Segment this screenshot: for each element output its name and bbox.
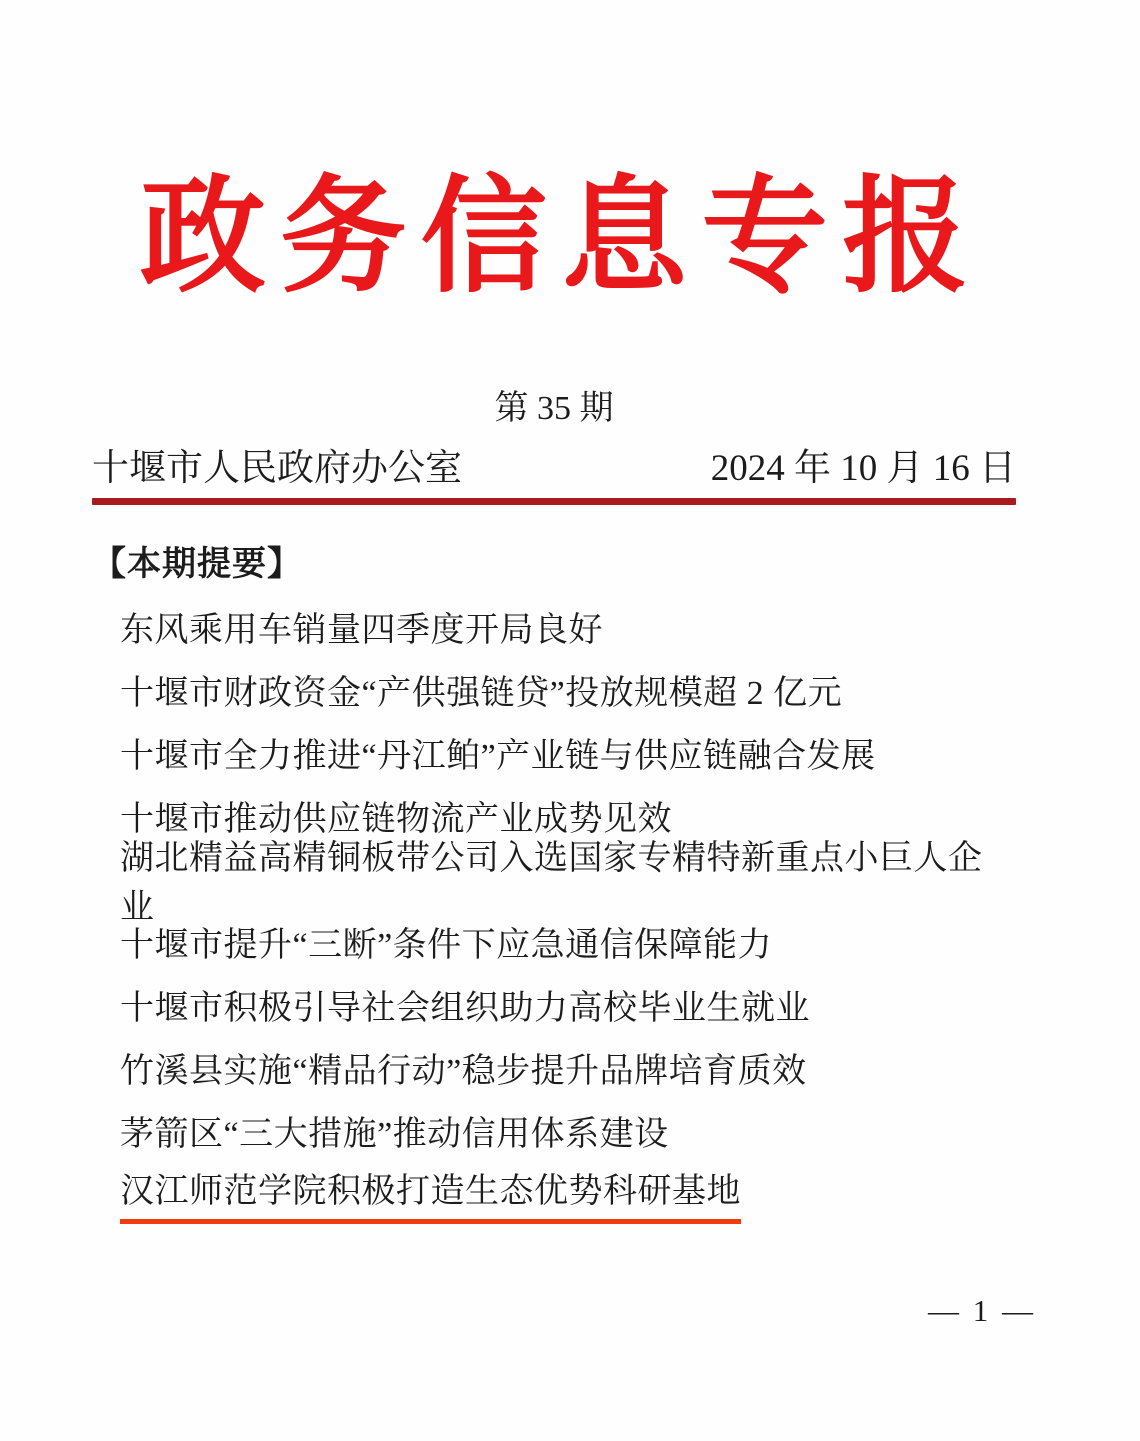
issue-number: 第 35 期 — [92, 389, 1016, 430]
summary-item: 湖北精益高精铜板带公司入选国家专精特新重点小巨人企业 — [120, 847, 1016, 910]
summary-item-text: 茅箭区“三大措施”推动信用体系建设 — [120, 1106, 669, 1155]
summary-item: 东风乘用车销量四季度开局良好 — [120, 595, 1016, 658]
summary-item-text: 汉江师范学院积极打造生态优势科研基地 — [120, 1163, 741, 1224]
summary-item: 十堰市财政资金“产供强链贷”投放规模超 2 亿元 — [120, 658, 1016, 721]
page-number: — 1 — — [928, 1293, 1036, 1329]
summary-item-text: 竹溪县实施“精品行动”稳步提升品牌培育质效 — [120, 1043, 807, 1092]
summary-item: 十堰市积极引导社会组织助力高校毕业生就业 — [120, 973, 1016, 1036]
summary-item: 竹溪县实施“精品行动”稳步提升品牌培育质效 — [120, 1036, 1016, 1099]
masthead: 十堰市人民政府办公室 2024 年 10 月 16 日 — [92, 447, 1016, 491]
summary-item-text: 十堰市积极引导社会组织助力高校毕业生就业 — [120, 980, 810, 1029]
summary-item-text: 十堰市全力推进“丹江鲌”产业链与供应链融合发展 — [120, 728, 876, 777]
summary-item: 茅箭区“三大措施”推动信用体系建设 — [120, 1099, 1016, 1162]
summary-header: 【本期提要】 — [92, 536, 1016, 585]
document-content: 政务信息专报 第 35 期 十堰市人民政府办公室 2024 年 10 月 16 … — [0, 158, 1140, 1225]
issuing-office: 十堰市人民政府办公室 — [92, 447, 462, 491]
summary-list: 东风乘用车销量四季度开局良好十堰市财政资金“产供强链贷”投放规模超 2 亿元十堰… — [92, 595, 1016, 1225]
summary-item: 十堰市全力推进“丹江鲌”产业链与供应链融合发展 — [120, 721, 1016, 784]
document-title: 政务信息专报 — [92, 158, 1016, 319]
summary-item: 汉江师范学院积极打造生态优势科研基地 — [120, 1162, 1016, 1225]
summary-item-text: 十堰市提升“三断”条件下应急通信保障能力 — [120, 917, 772, 966]
header-rule — [92, 498, 1016, 505]
document-page: 政务信息专报 第 35 期 十堰市人民政府办公室 2024 年 10 月 16 … — [0, 0, 1140, 1441]
summary-item-text: 十堰市财政资金“产供强链贷”投放规模超 2 亿元 — [120, 665, 842, 714]
summary-item-text: 湖北精益高精铜板带公司入选国家专精特新重点小巨人企业 — [120, 830, 1016, 928]
issue-date: 2024 年 10 月 16 日 — [711, 447, 1016, 491]
summary-item-text: 东风乘用车销量四季度开局良好 — [120, 602, 603, 651]
